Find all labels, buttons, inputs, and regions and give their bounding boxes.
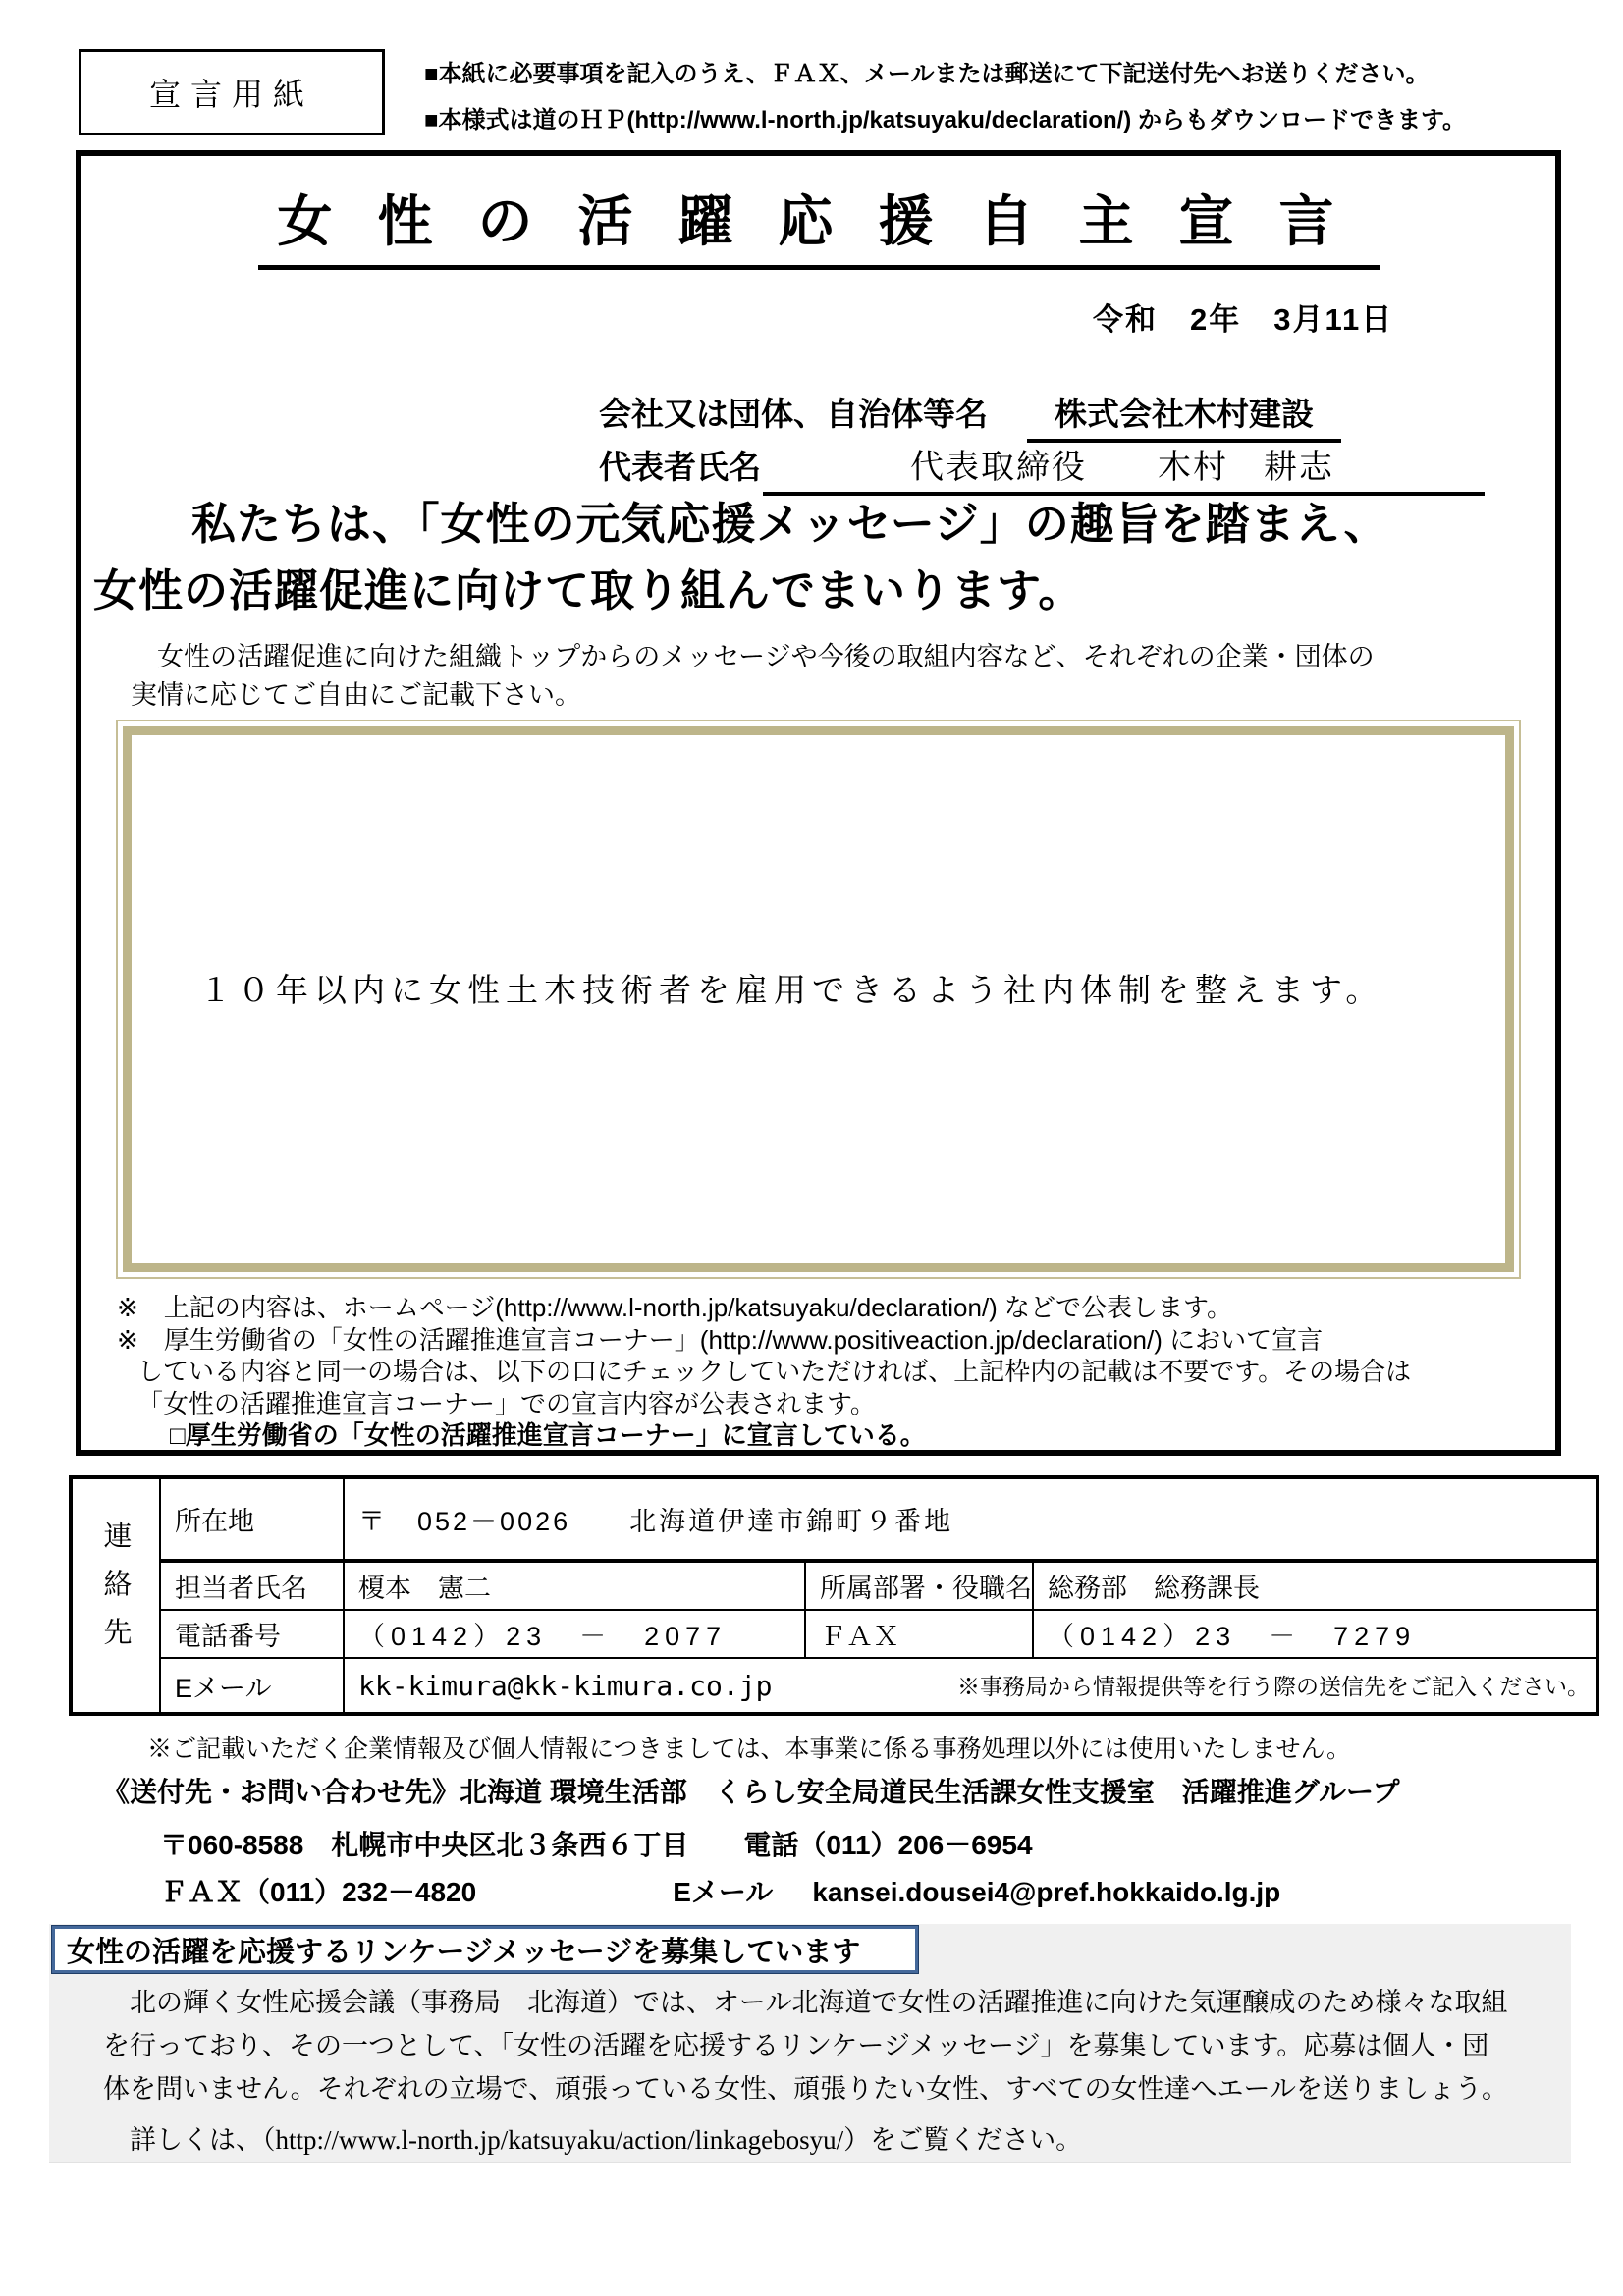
phone-value-cell: （0142）23 － 2077 — [344, 1610, 805, 1658]
representative-name-field: 代表取締役 木村 耕志 — [763, 440, 1485, 496]
organization-line: 会社又は団体、自治体等名株式会社木村建設 — [599, 389, 1341, 443]
representative-label: 代表者氏名 — [599, 449, 761, 485]
office-email-label: Eメール — [673, 1877, 773, 1907]
organization-name-field: 株式会社木村建設 — [1027, 389, 1341, 443]
form-type-box: 宣言用紙 — [79, 49, 385, 135]
email-label-cell: Eメール — [160, 1658, 344, 1714]
declaration-form-page: 宣言用紙 ■本紙に必要事項を記入のうえ、ＦＡＸ、メールまたは郵送にて下記送付先へ… — [0, 0, 1623, 2296]
pledge-line-1: 私たちは、「女性の元気応援メッセージ」の趣旨を踏まえ、 — [93, 491, 1537, 558]
footnote-line-3: している内容と同一の場合は、以下の口にチェックしていただければ、上記枠内の記載は… — [137, 1356, 1411, 1388]
entry-guide-note: 女性の活躍促進に向けた組織トップからのメッセージや今後の取組内容など、それぞれの… — [131, 638, 1375, 715]
dept-label-cell: 所属部署・役職名 — [805, 1561, 1033, 1610]
linkage-heading: 女性の活躍を応援するリンケージメッセージを募集しています — [67, 1930, 860, 1970]
entry-guide-line-2: 実情に応じてご自由にご記載下さい。 — [131, 676, 1375, 715]
address-value-cell: 〒 052－0026 北海道伊達市錦町９番地 — [344, 1477, 1597, 1561]
fax-label-cell: ＦＡＸ — [805, 1610, 1033, 1658]
email-note: ※事務局から情報提供等を行う際の送信先をご記入ください。 — [957, 1669, 1590, 1703]
instruction-line-2: ■本様式は道のＨＰ(http://www.l-north.jp/katsuyak… — [424, 97, 1466, 143]
linkage-body-line-3: 体を問いません。それぞれの立場で、頑張っている女性、頑張りたい女性、すべての女性… — [103, 2067, 1508, 2110]
person-value-cell: 榎本 憲二 — [344, 1561, 805, 1610]
instruction-line-1: ■本紙に必要事項を記入のうえ、ＦＡＸ、メールまたは郵送にて下記送付先へお送りくだ… — [424, 51, 1466, 97]
address-label-cell: 所在地 — [160, 1477, 344, 1561]
footnote-line-4: 「女性の活躍推進宣言コーナー」での宣言内容が公表されます。 — [137, 1388, 1411, 1420]
send-to-line: 《送付先・お問い合わせ先》北海道 環境生活部 くらし安全局道民生活課女性支援室 … — [102, 1771, 1400, 1810]
organization-label: 会社又は団体、自治体等名 — [599, 396, 988, 432]
mhlw-declared-checkbox-line: □厚生労働省の「女性の活躍推進宣言コーナー」に宣言している。 — [170, 1419, 1411, 1452]
declaration-date: 令和 2年 3月11日 — [1093, 294, 1393, 339]
title-row: 女性の活躍応援自主宣言 — [76, 179, 1561, 270]
contact-group-cell: 連絡先 — [71, 1477, 160, 1714]
linkage-body-line-1: 北の輝く女性応援会議（事務局 北海道）では、オール北海道で女性の活躍推進に向けた… — [103, 1981, 1508, 2024]
pledge-statement: 私たちは、「女性の元気応援メッセージ」の趣旨を踏まえ、 女性の活躍促進に向けて取… — [93, 491, 1537, 624]
pledge-line-2: 女性の活躍促進に向けて取り組んでまいります。 — [93, 558, 1537, 624]
linkage-body: 北の輝く女性応援会議（事務局 北海道）では、オール北海道で女性の活躍推進に向けた… — [103, 1981, 1508, 2162]
table-row: 連絡先 所在地 〒 052－0026 北海道伊達市錦町９番地 — [71, 1477, 1597, 1561]
contact-group-label: 連絡先 — [96, 1521, 136, 1665]
footnote-line-1: ※ 上記の内容は、ホームページ(http://www.l-north.jp/ka… — [117, 1292, 1411, 1324]
contact-table: 連絡先 所在地 〒 052－0026 北海道伊達市錦町９番地 担当者氏名 榎本 … — [69, 1475, 1599, 1716]
entry-guide-line-1: 女性の活躍促進に向けた組織トップからのメッセージや今後の取組内容など、それぞれの… — [131, 638, 1375, 676]
privacy-note: ※ご記載いただく企業情報及び個人情報につきましては、本事業に係る事務処理以外には… — [147, 1730, 1351, 1765]
linkage-more-info: 詳しくは、（http://www.l-north.jp/katsuyaku/ac… — [103, 2118, 1508, 2162]
linkage-message-panel: 女性の活躍を応援するリンケージメッセージを募集しています 北の輝く女性応援会議（… — [49, 1924, 1571, 2163]
form-type-label: 宣言用紙 — [149, 70, 314, 115]
fax-value-cell: （0142）23 － 7279 — [1033, 1610, 1597, 1658]
page-title: 女性の活躍応援自主宣言 — [258, 179, 1380, 270]
footnotes: ※ 上記の内容は、ホームページ(http://www.l-north.jp/ka… — [117, 1292, 1411, 1452]
linkage-body-line-2: を行っており、その一つとして、「女性の活躍を応援するリンケージメッセージ」を募集… — [103, 2024, 1508, 2067]
submission-instructions: ■本紙に必要事項を記入のうえ、ＦＡＸ、メールまたは郵送にて下記送付先へお送りくだ… — [424, 51, 1466, 143]
table-row: 電話番号 （0142）23 － 2077 ＦＡＸ （0142）23 － 7279 — [71, 1610, 1597, 1658]
declaration-message: １０年以内に女性土木技術者を雇用できるよう社内体制を整えます。 — [199, 965, 1383, 1011]
office-fax-line: ＦＡＸ（011）232－4820Eメールkansei.dousei4@pref.… — [160, 1871, 1280, 1910]
representative-line: 代表者氏名代表取締役 木村 耕志 — [599, 440, 1485, 496]
linkage-heading-box: 女性の活躍を応援するリンケージメッセージを募集しています — [52, 1926, 918, 1973]
footnote-line-2: ※ 厚生労働省の「女性の活躍推進宣言コーナー」(http://www.posit… — [117, 1324, 1411, 1357]
office-address-line: 〒060-8588 札幌市中央区北３条西６丁目電話（011）206－6954 — [160, 1824, 1033, 1863]
table-row: 担当者氏名 榎本 憲二 所属部署・役職名 総務部 総務課長 — [71, 1561, 1597, 1610]
dept-value-cell: 総務部 総務課長 — [1033, 1561, 1597, 1610]
office-email: kansei.dousei4@pref.hokkaido.lg.jp — [812, 1877, 1280, 1907]
office-fax: ＦＡＸ（011）232－4820 — [160, 1877, 476, 1907]
email-value: kk-kimura@kk-kimura.co.jp — [358, 1670, 772, 1702]
office-zip-address: 〒060-8588 札幌市中央区北３条西６丁目 — [160, 1830, 688, 1860]
table-row: Eメール kk-kimura@kk-kimura.co.jp ※事務局から情報提… — [71, 1658, 1597, 1714]
person-label-cell: 担当者氏名 — [160, 1561, 344, 1610]
email-value-cell: kk-kimura@kk-kimura.co.jp ※事務局から情報提供等を行う… — [344, 1658, 1597, 1714]
phone-label-cell: 電話番号 — [160, 1610, 344, 1658]
office-phone: 電話（011）206－6954 — [743, 1830, 1032, 1860]
